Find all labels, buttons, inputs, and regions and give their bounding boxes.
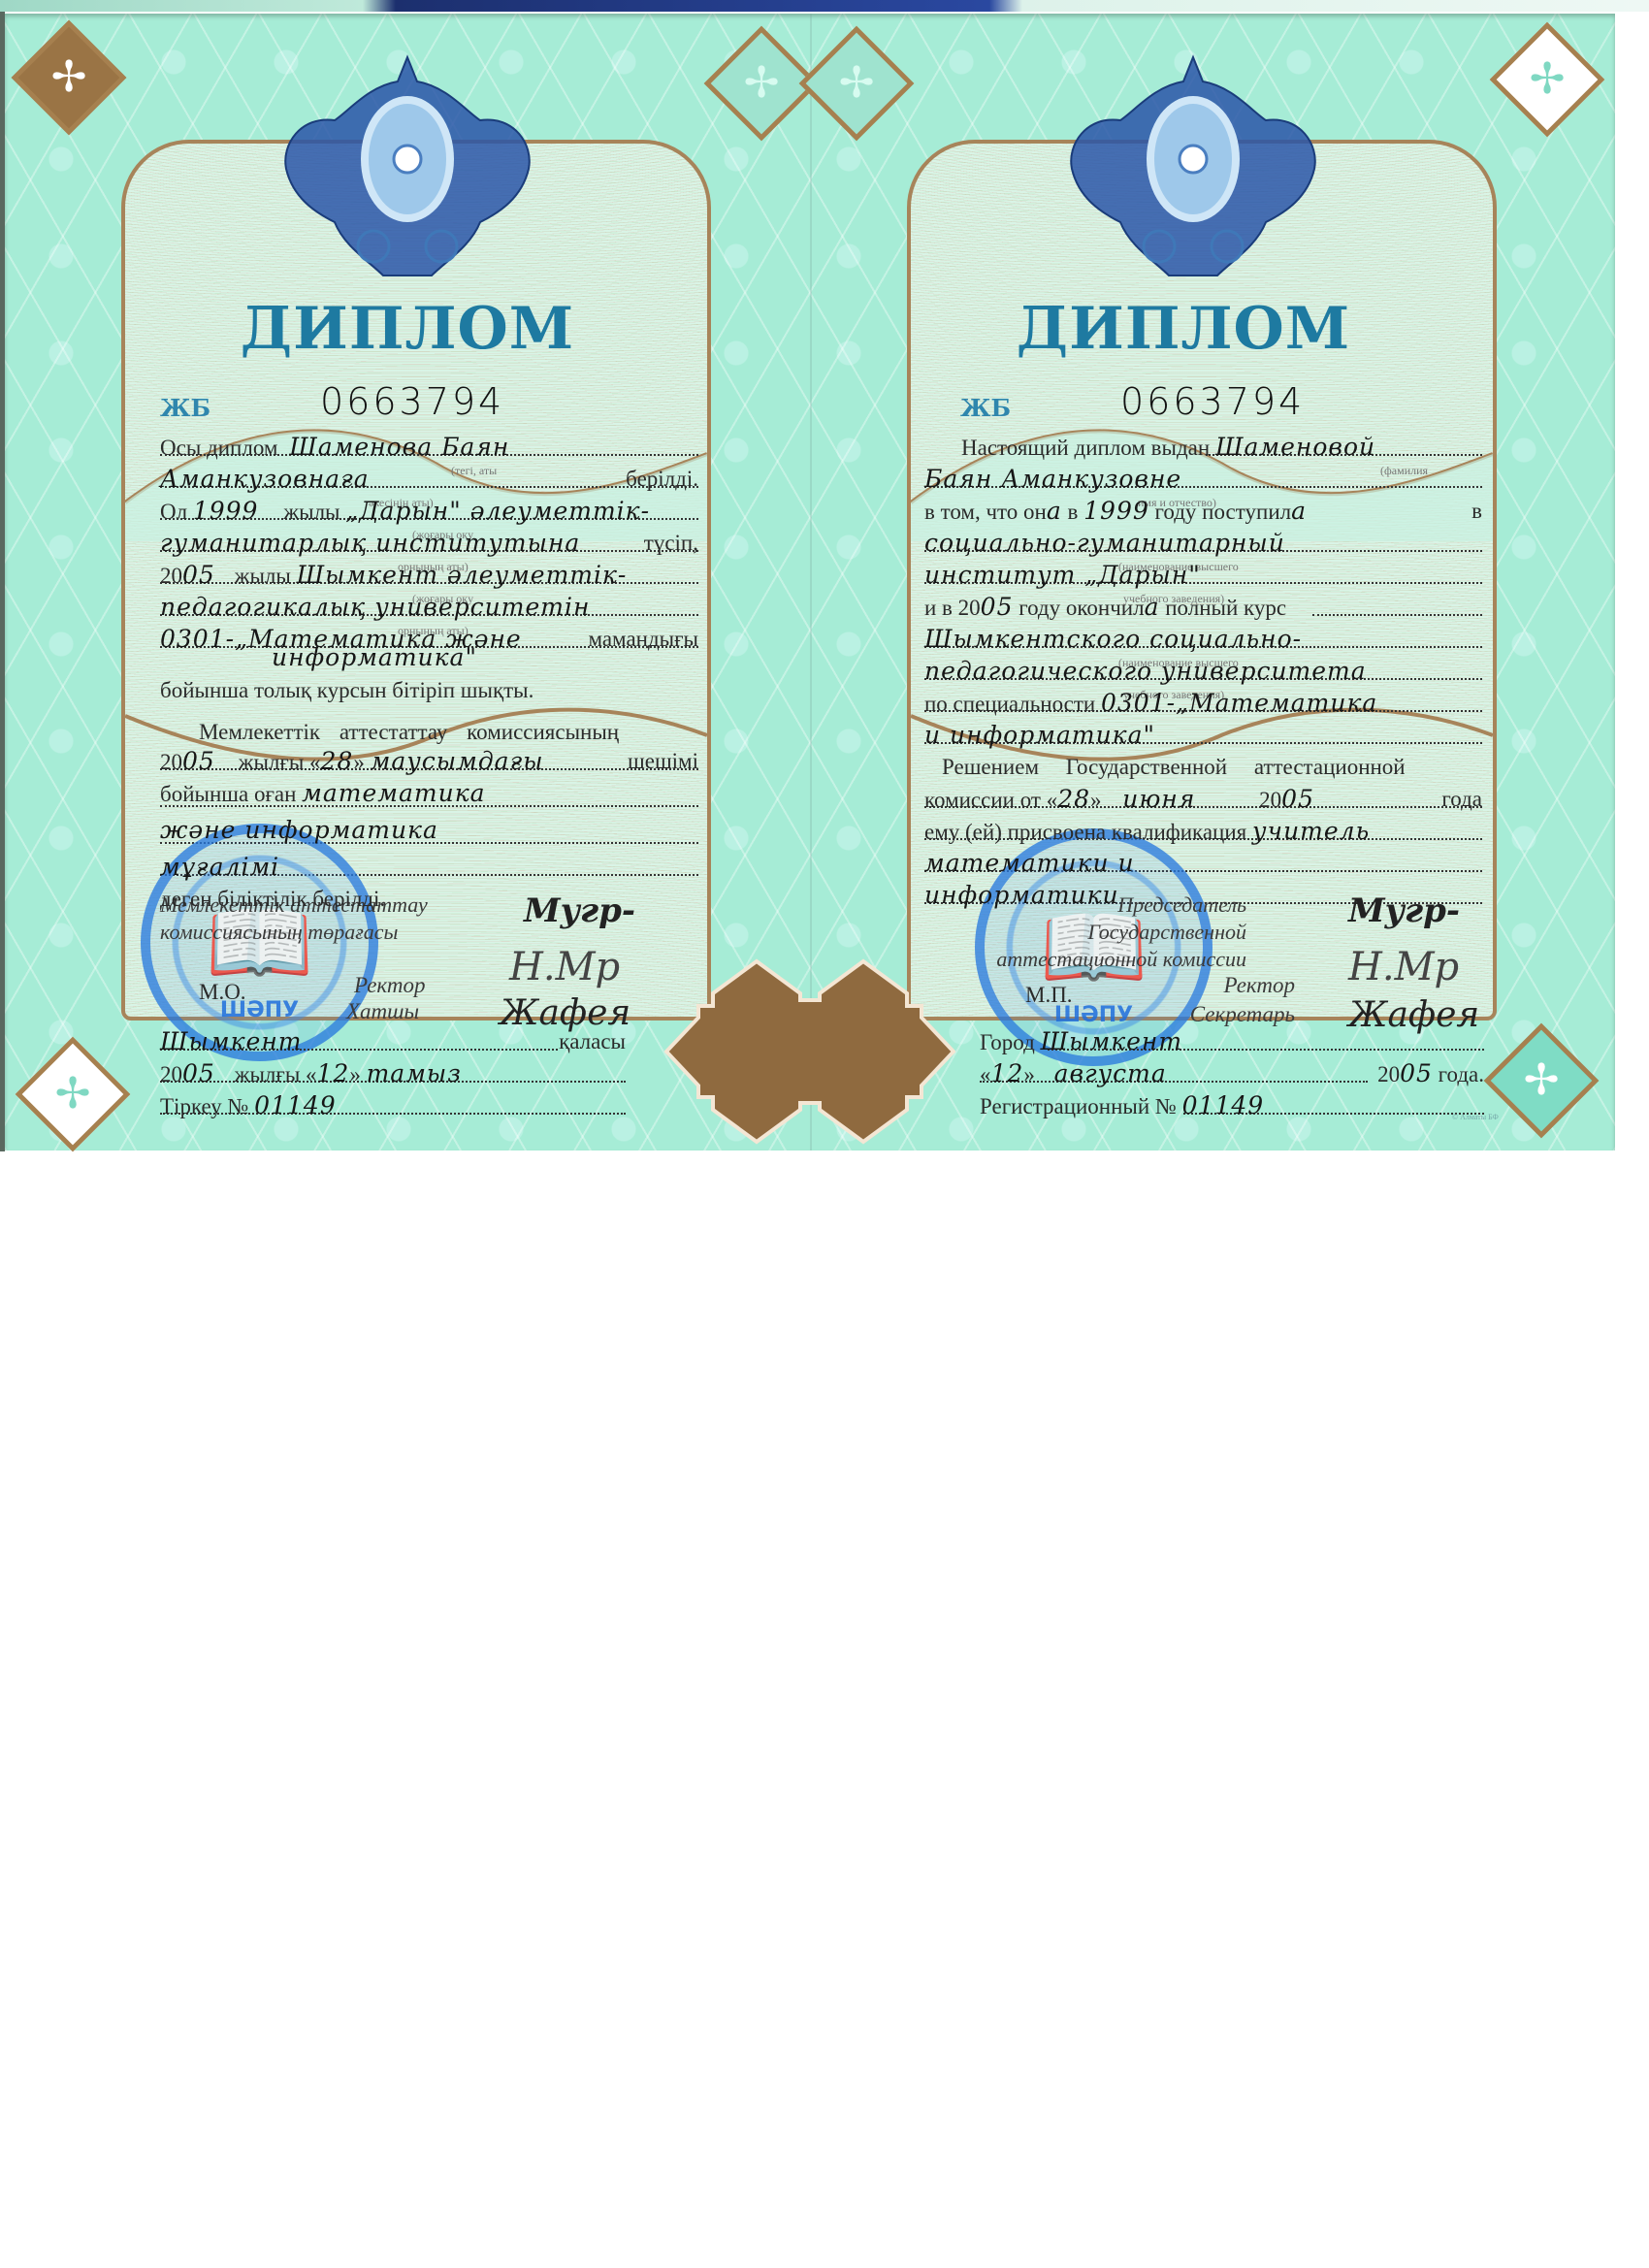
scan-top-edge (0, 0, 1649, 12)
handwritten-year: 1999 (193, 497, 259, 525)
state-emblem-icon (272, 52, 543, 280)
state-emblem-icon (1057, 52, 1329, 280)
serial-number: 0663794 (320, 380, 504, 423)
stamp-place: М.О. (199, 976, 257, 1008)
finished-line: 2005 жылы Шымкент әлеуметтік- (жоғары оқ… (160, 559, 698, 591)
chairman-signature: Мугр- (524, 891, 635, 930)
handwritten-patronymic: Аманкузовнаға (160, 465, 370, 493)
serial-prefix: ЖБ (960, 394, 1011, 422)
qualification-line-2: математики и (924, 847, 1482, 879)
institute-line: социально-гуманитарный (наименование выс… (924, 527, 1482, 559)
qualification-line-3: мұғалімі (160, 851, 698, 883)
handwritten-name: Шаменова Баян (289, 433, 509, 461)
university-line: Шымкентского социально- (наименование вы… (924, 623, 1482, 655)
secretary-label: Хатшы (346, 995, 443, 1027)
specialty-line: по специальности 0301-„Математика (924, 687, 1482, 719)
diploma-title: ДИПЛОМ (5, 295, 810, 363)
completed-line: бойынша толық курсын бітіріп шықты. (160, 674, 698, 706)
diploma-body-kk: Осы диплом Шаменова Баян (тегі, аты Аман… (160, 431, 698, 915)
issued-to-line: Осы диплом Шаменова Баян (тегі, аты (160, 431, 698, 463)
entered-line: в том, что она в 1999 году поступила в (924, 495, 1482, 527)
ornament-diamond-icon: ✢ (799, 26, 915, 142)
printer-copyright: © Алматы БФ (1452, 1113, 1499, 1121)
institute-line: гуманитарлық институтына түсіп, орнының … (160, 527, 698, 559)
ornament-diamond-icon: ✢ (1490, 22, 1605, 138)
diploma-sheet: ✢ ✢ ✢ ДИПЛОМ ЖБ 0663794 (5, 14, 1615, 1150)
specialty-continuation: информатика" (160, 655, 698, 674)
date-line: «12» августа 2005 года. (980, 1057, 1484, 1089)
date-line: 2005 жылғы «12» тамыз (160, 1057, 626, 1089)
serial-number: 0663794 (1120, 380, 1305, 423)
finished-line: и в 2005 году окончила полный курс (924, 591, 1482, 623)
signing-block-kk: Шымкент қаласы 2005 жылғы «12» тамыз Тір… (160, 1025, 626, 1121)
ornament-diamond-icon: ✢ (1484, 1023, 1600, 1139)
stamp-place: М.П. (1025, 979, 1083, 1011)
patronymic-line: Аманкузовнаға берілді. әкесінің аты) (160, 463, 698, 495)
signing-block-ru: Город Шымкент «12» августа 2005 года. Ре… (980, 1025, 1484, 1121)
ornament-diamond-icon: ✢ (16, 1037, 131, 1152)
decision-line: Решением Государственной аттестационной (924, 751, 1482, 783)
registration-line: Регистрационный № 01149 (980, 1089, 1484, 1121)
serial-row: ЖБ 0663794 (160, 380, 694, 429)
qualification-line: ему (ей) присвоена квалификация учитель (924, 815, 1482, 847)
commission-line: комиссии от «28» июня 2005 года (924, 783, 1482, 815)
university-line-2: педагогического университета учебного за… (924, 655, 1482, 687)
qualification-line: бойынша оған математика (160, 777, 698, 814)
center-ornament-plaque (664, 940, 955, 1149)
serial-prefix: ЖБ (160, 394, 210, 422)
chairman-signature: Мугр- (1348, 891, 1460, 930)
rector-signature: Н.Мр (509, 945, 620, 989)
city-line: Город Шымкент (980, 1025, 1484, 1057)
rector-signature: Н.Мр (1348, 945, 1459, 989)
commission-line: Мемлекеттік аттестаттау комиссиясының (160, 706, 698, 745)
specialty-line-2: и информатика" (924, 719, 1482, 751)
diploma-body-ru: Настоящий диплом выдан Шаменовой (фамили… (924, 431, 1482, 911)
serial-row: ЖБ 0663794 (960, 380, 1499, 429)
diploma-title: ДИПЛОМ (781, 295, 1586, 363)
decision-line: 2005 жылғы «28» маусымдағы шешімі (160, 745, 698, 777)
university-line: педагогикалық университетін орнының аты) (160, 591, 698, 623)
rector-label: Ректор (1179, 969, 1295, 1001)
entered-line: Ол 1999 жылы „Дарын" әлеуметтік- (жоғары… (160, 495, 698, 527)
issued-to-line: Настоящий диплом выдан Шаменовой (фамили… (924, 431, 1482, 463)
registration-line: Тіркеу № 01149 (160, 1089, 626, 1121)
city-line: Шымкент қаласы (160, 1025, 626, 1057)
ornament-diamond-icon: ✢ (12, 20, 127, 136)
